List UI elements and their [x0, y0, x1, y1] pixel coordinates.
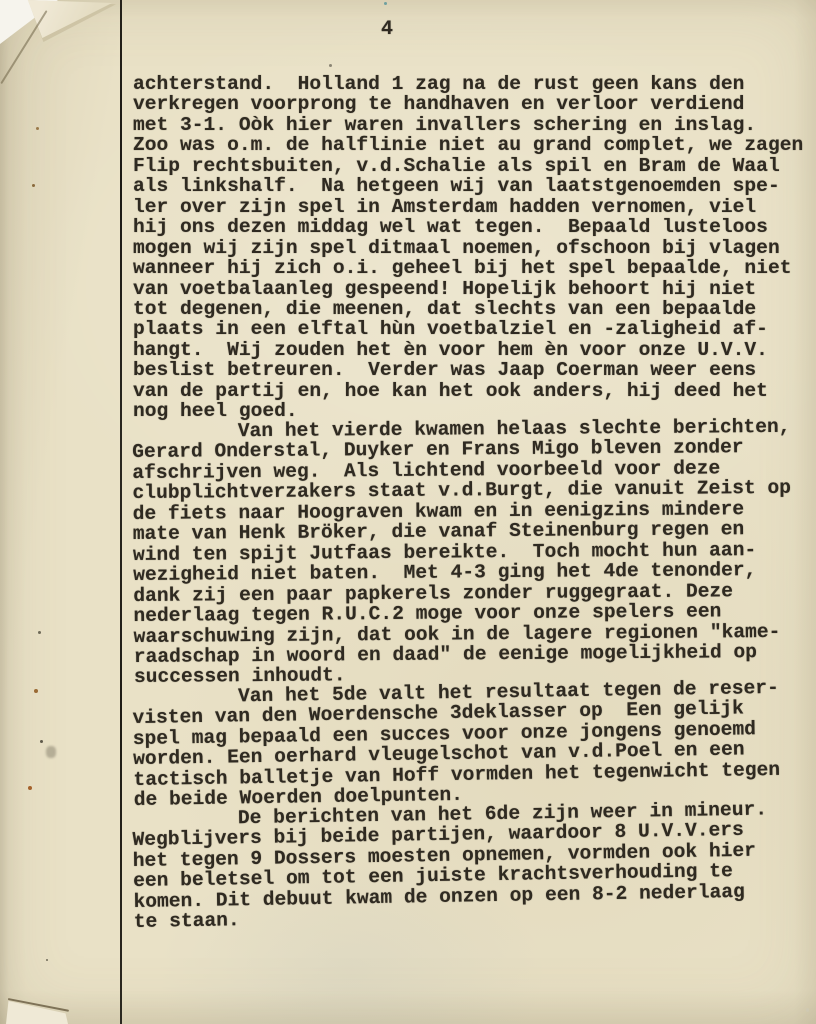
foxing-spot [38, 631, 41, 634]
foxing-spot [32, 184, 35, 187]
scanned-typewritten-page: 4 achterstand. Holland 1 zag na de rust … [0, 0, 816, 1024]
dust-speck [806, 1008, 809, 1012]
dust-speck [384, 2, 387, 5]
margin-rule-line [120, 0, 122, 1024]
typewritten-text-block: achterstand. Holland 1 zag na de rust ge… [133, 74, 816, 933]
paragraph-zesde: De berichten van het 6de zijn weer in mi… [132, 799, 816, 933]
ink-smudge [46, 746, 56, 758]
dust-speck [46, 959, 48, 961]
foxing-spot [28, 786, 32, 790]
paragraph-vijfde: Van het 5de valt het resultaat tegen de … [132, 677, 816, 811]
foxing-spot [36, 127, 39, 130]
foxing-spot [34, 689, 38, 693]
page-number: 4 [381, 19, 393, 41]
dust-speck [329, 64, 332, 67]
paragraph-vierde: Van het vierde kwamen helaas slechte ber… [132, 416, 816, 687]
foxing-spot [40, 740, 43, 743]
paragraph-holland-1: achterstand. Holland 1 zag na de rust ge… [133, 74, 816, 422]
